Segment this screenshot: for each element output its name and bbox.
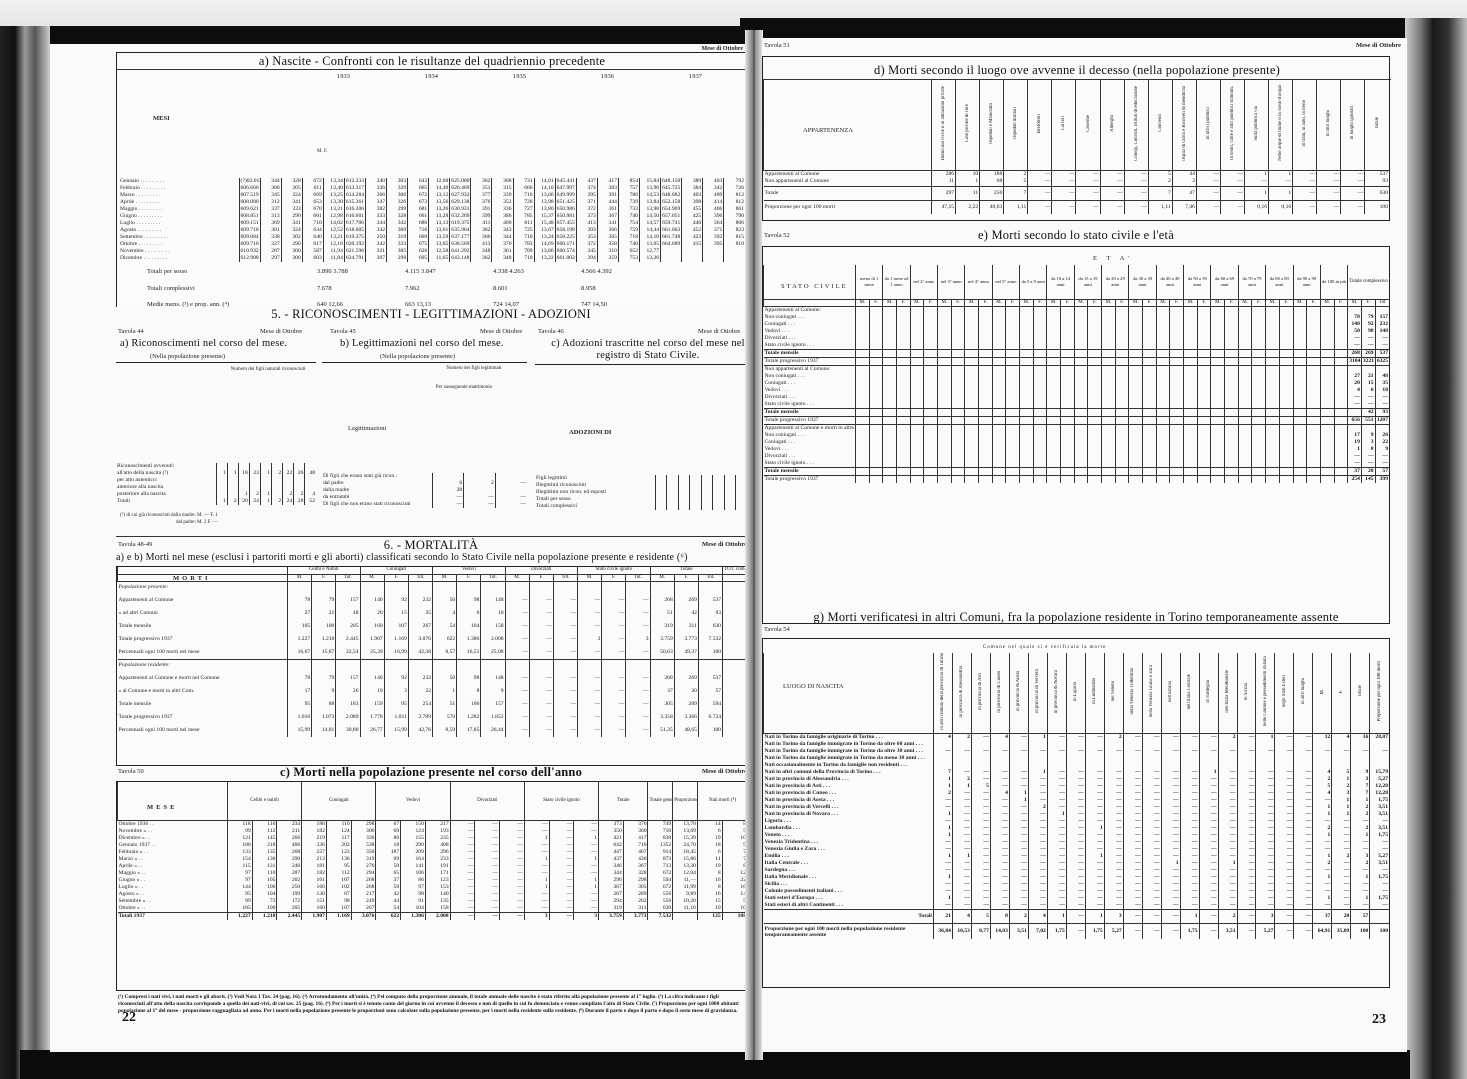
table-cell: 537 [698,672,722,685]
table-cell [1061,432,1075,439]
table-cell [1156,453,1170,460]
table-cell: 183 [336,698,360,711]
table-cell: 358 [597,241,618,248]
table-cell: — [505,724,529,737]
table-cell: — [1142,769,1161,776]
table-cell [1006,424,1020,432]
table-cell: — [602,685,626,698]
table-cell [1143,306,1157,314]
table-cell: 268 [650,594,674,607]
table-cell [1006,460,1020,468]
binder-edge-top-right [740,18,1430,40]
table-row: Percentuali ogni 100 morti nel mese16,67… [118,646,748,659]
table-cell [938,321,952,328]
row-label: Emilia . . . [764,853,934,860]
table-cell: — [1009,776,1028,783]
table-cell [1334,335,1348,342]
table-cell: 749 [648,820,673,828]
table-cell [924,439,938,446]
table-cell: — [1294,776,1313,783]
table-cell: 2,22 [956,200,980,214]
table-cell: — [1294,839,1313,846]
table-cell: — [1256,811,1275,818]
table-cell: 13,98 [639,206,660,213]
right-page: Tavola 51 Mese di Ottobre d) Morti secon… [762,38,1407,1052]
table-cell: — [1124,186,1148,200]
table-cell [723,659,747,672]
table-cell: 726 [724,185,745,192]
table-cell: 5,27 [1104,923,1123,939]
table-cell: — [1104,832,1123,839]
table-cell: — [1066,797,1085,804]
table-cell [1225,328,1239,335]
mesi-header: MESI [153,115,170,122]
table-cell [1266,349,1280,357]
table-cell: — [574,863,599,870]
table-cell: — [1332,839,1351,846]
table-row: Non coniugati . . .7879157 [764,314,1390,321]
column-header: Ospizi di carità e Ricoveri di mendicità [1172,80,1196,170]
table-cell: 300 [281,255,302,262]
table-cell: 78 [1348,314,1362,321]
sub-header: M. [856,299,870,306]
table-cell [1279,424,1293,432]
table-cell [1238,328,1252,335]
table-cell [924,401,938,409]
table-cell [897,349,911,357]
table-cell: 115 [228,863,253,870]
table-cell: — [1104,797,1123,804]
table-cell [1102,342,1116,350]
table-cell [1088,416,1102,424]
table-cell: — [1294,797,1313,804]
table-cell: 3,51 [1370,825,1389,832]
group-header: Coniugati [360,567,433,574]
table-cell: — [1028,860,1047,867]
table-cell [1293,349,1307,357]
table-cell: — [549,891,574,898]
table-cell: — [1161,769,1180,776]
table-cell [1156,365,1170,373]
table-cell: — [1123,825,1142,832]
table-cell [992,446,1006,453]
table-cell: — [1028,839,1047,846]
table-cell: 98 [401,891,426,898]
table-cell: — [1256,818,1275,825]
table-cell: 1 [574,877,599,884]
table-cell: 626 [408,248,429,255]
binder-edge-right [1405,18,1467,1079]
table-cell: — [1375,394,1389,401]
table-cell [1020,394,1034,401]
table-cell: 14,40 [429,185,450,192]
table-cell [1006,401,1020,409]
table-cell [992,387,1006,394]
table-cell: — [1256,867,1275,874]
table-cell: 2 [952,776,971,783]
table-cell [1006,387,1020,394]
table-cell: — [1313,881,1332,888]
table-cell [1074,314,1088,321]
table-cell: 665 [408,185,429,192]
table-cell [1006,453,1020,460]
table-cell: — [1351,867,1370,874]
table-cell: 6325 [1375,357,1389,365]
table-cell [1332,755,1351,762]
table-cell: — [1218,888,1237,895]
table-cell: — [500,849,525,856]
table-cell: — [1294,902,1313,910]
table-cell [1238,475,1252,483]
row-label: Vedovi . . . [764,387,856,394]
tav54-colgroup: Comune nel quale si è verificata la mort… [983,645,1106,650]
table-cell: 7.532 [698,633,722,646]
table-cell [1033,335,1047,342]
table-cell: 1 [934,895,953,902]
table-cell: — [1104,790,1123,797]
table-row: Totale progressivo 19371.0161.0732.0891.… [118,711,748,724]
table-cell: 610.932 [239,248,260,255]
column-header: Case private di cure [956,80,980,170]
table-cell [1115,401,1129,409]
table-cell: — [1237,874,1256,881]
table-cell: — [1218,790,1237,797]
table-cell: 3 [1361,439,1375,446]
table-cell [1088,394,1102,401]
table-cell: 336 [365,185,386,192]
table-row: Appartenenti al Comune e morti in altro … [764,424,1390,432]
table-cell: — [971,790,990,797]
table-cell [1074,380,1088,387]
table-cell: 374 [576,185,597,192]
header-row: Celibi e NubiliConiugatiVedoviDivorziati… [118,567,748,574]
table-cell: — [1028,818,1047,825]
table-cell [992,394,1006,401]
month-label: Settembre . . . . . . . . . [119,234,239,241]
table-cell: — [1104,804,1123,811]
table-cell: 13,67 [534,227,555,234]
column-header-text: in Lombardia [1092,678,1097,704]
column-header: In uffici pubblici [1196,80,1220,170]
table-cell: 1 [934,783,953,790]
table-cell: — [1047,783,1066,790]
table-cell [924,335,938,342]
table-cell [723,711,747,724]
table-cell [1143,387,1157,394]
proportion-row: Proporzione per ogni 100 morti nella pop… [764,923,1390,939]
table-row: Appartenenti al Comune286101882—————544—… [764,170,1390,178]
table-cell: — [1142,874,1161,881]
table-cell: 7.532 [648,912,673,920]
table-cell: 227 [302,849,327,856]
table-cell [1143,335,1157,342]
sub-header: F. [1361,299,1375,306]
table-cell [1115,416,1129,424]
table-cell [1156,416,1170,424]
table-cell [1028,762,1047,769]
tav45-month: Mese di Ottobre [480,328,522,335]
table-cell: 640 [302,234,323,241]
table-cell [1123,755,1142,762]
table-cell: — [1076,186,1100,200]
table-cell: 1207 [1375,416,1389,424]
table-cell [1225,342,1239,350]
table-cell [883,365,897,373]
table-cell: — [500,905,525,913]
table-cell [1115,314,1129,321]
table-cell: 399 [1375,475,1389,483]
table-cell [655,482,667,489]
table-cell: — [450,877,475,884]
table-cell [965,306,979,314]
column-header-text: nella Venezia Tridentina [1130,668,1135,715]
table-row: Non coniugati . . .17926 [764,432,1390,439]
table-cell: 630.931 [450,206,471,213]
table-cell: — [549,884,574,891]
table-cell [1252,380,1266,387]
column-header: Alberghi [1100,80,1124,170]
table-cell: — [1142,825,1161,832]
table-cell [1047,446,1061,453]
table-cell: 118 [228,820,253,828]
table-cell [1129,357,1143,365]
table-cell [1225,387,1239,394]
table-row: Marzo » . .15413629021313631969164233———… [118,856,748,863]
totals-row: Totali 19371.2271.2182.4451.9071.1693.07… [118,912,748,920]
table-cell: — [1351,846,1370,853]
table-cell: — [1256,832,1275,839]
row-label: Liguria . . . [764,818,934,825]
table-cell: 447 [599,849,624,856]
table-cell [1307,439,1321,446]
table-row: Aprile . . . . . . . . .608.080312341653… [119,199,745,206]
table-cell [1293,467,1307,475]
table-cell: 305 [281,185,302,192]
table-cell: 12,28 [1370,790,1389,797]
table-cell: — [1009,860,1028,867]
table-cell [1074,365,1088,373]
table-cell [1238,460,1252,468]
table-cell: 106 [252,884,277,891]
table-cell [701,503,713,510]
table-cell: 51,35 [650,724,674,737]
table-cell: 7,02 [1028,923,1047,939]
table-cell [869,453,883,460]
table-cell [1320,335,1334,342]
table-cell: — [971,860,990,867]
table-cell: 664.689 [661,241,682,248]
table-cell: 1 [1218,860,1237,867]
table-cell: — [1009,839,1028,846]
table-cell [1006,314,1020,321]
table-cell [856,467,870,475]
table-cell [924,365,938,373]
table-cell [1006,306,1020,314]
group-header: Totale generale [648,782,673,820]
table-cell: — [1237,839,1256,846]
column-header: Conventi [1148,80,1172,170]
table-cell: 14,50 [639,213,660,220]
table-cell [856,394,870,401]
table-cell [910,439,924,446]
table-cell: 2 [1332,783,1351,790]
table-cell: — [1180,748,1199,755]
table-cell: 4 [934,733,953,741]
table-cell: 67 [376,820,401,828]
table-cell [1123,762,1142,769]
table-cell: — [578,711,602,724]
table-cell: 9 [1361,432,1375,439]
column-header: negli Stati Esteri [1275,653,1294,733]
table-cell: 267 [599,891,624,898]
table-cell: — [1275,748,1294,755]
table-cell: 10 [697,905,722,913]
sub-header: F. [1061,299,1075,306]
table-cell [1047,741,1066,748]
tav46-row-header: ADOZIONI DI [569,429,611,436]
table-cell [1266,416,1280,424]
table-cell: — [1293,178,1317,186]
table-cell [1061,306,1075,314]
table-cell [897,314,911,321]
table-cell: 537 [1365,170,1389,178]
table-cell [1334,439,1348,446]
table-cell: — [1009,902,1028,910]
table-cell [1129,373,1143,380]
table-cell [1293,342,1307,350]
table-cell: 626.469 [450,185,471,192]
table-cell [1320,306,1334,314]
table-cell [1061,475,1075,483]
table-cell: — [553,698,577,711]
table-cell: — [1294,867,1313,874]
table-cell [1334,424,1348,432]
row-label: Stato civile ignoto . . . [764,460,856,468]
table-cell: — [1161,748,1180,755]
table-cell: 13,21 [323,234,344,241]
table-cell [965,408,979,416]
table-cell: 50 [376,863,401,870]
table-cell: — [952,748,971,755]
totals-row: Totali21458241—13———1—2—3——372057 [764,909,1390,923]
table-cell: — [626,594,650,607]
table-cell [1184,365,1198,373]
table-cell [1102,328,1116,335]
table-cell [1252,365,1266,373]
table-cell [910,416,924,424]
table-cell [655,489,667,496]
column-header-text: in Sardegna [1206,680,1211,703]
table-cell [1006,380,1020,387]
table-cell: 268 [277,849,302,856]
table-cell [1047,357,1061,365]
tav45-data: Di figli che erano stati già ricon.:dal … [322,473,527,508]
table-cell: — [1237,867,1256,874]
row-label: Illegittimi riconosciuti [535,482,655,489]
table-row: Colonie possedimenti italiani . . .—————… [764,888,1390,895]
table-cell: 373 [599,820,624,828]
table-cell: — [1275,923,1294,939]
table-cell [1237,762,1256,769]
table-cell [1252,321,1266,328]
table-cell [1197,467,1211,475]
table-cell [1033,408,1047,416]
table-cell: 13,56 [429,199,450,206]
table-cell: — [1256,776,1275,783]
table-cell: 731 [513,178,534,185]
table-cell: 392 [703,234,724,241]
table-cell [1252,475,1266,483]
table-row: Divorziati . . .——— [764,453,1390,460]
table-cell: — [1237,825,1256,832]
table-cell [1161,762,1180,769]
table-cell: 7 [722,849,747,856]
table-cell [1294,755,1313,762]
table-cell: — [1294,888,1313,895]
table-cell [1006,328,1020,335]
table-cell: 8,77 [971,923,990,939]
table-cell: — [1028,881,1047,888]
table-cell: 15,79 [1370,769,1389,776]
table-cell [951,416,965,424]
table-cell [869,401,883,409]
row-label: Proporzione per ogni 100 morti [764,200,932,214]
sub-header: Tot. [408,574,432,581]
table-cell [856,349,870,357]
table-cell [1293,380,1307,387]
table-cell: — [475,870,500,877]
table-cell: 297 [260,255,281,262]
table-cell: — [1275,839,1294,846]
table-cell [1115,306,1129,314]
table-cell [951,342,965,350]
table-cell: 92 [384,672,408,685]
table-cell [951,460,965,468]
table-cell [1102,365,1116,373]
table-cell [1129,328,1143,335]
table-cell: — [1066,846,1085,853]
table-cell [897,424,911,432]
table-cell [965,328,979,335]
table-cell: 371 [576,199,597,206]
table-cell [965,380,979,387]
table-cell: 618.605 [344,227,365,234]
table-cell [1252,401,1266,409]
table-cell [883,306,897,314]
table-cell [1256,741,1275,748]
table-cell [1115,373,1129,380]
table-cell: — [1180,818,1199,825]
table-cell: — [990,748,1009,755]
table-cell [965,432,979,439]
table-cell [1033,357,1047,365]
table-cell: — [1370,818,1389,825]
table-cell: 415 [682,241,703,248]
table-cell: 13,12 [429,192,450,199]
table-cell [1061,342,1075,350]
table-cell: — [1161,790,1180,797]
table-cell [1033,380,1047,387]
table-cell: 98 [1361,328,1375,335]
table-cell: 12,60 [429,178,450,185]
table-cell: 37 [650,685,674,698]
table-cell [1307,394,1321,401]
table-cell [1225,335,1239,342]
table-cell: 26 [336,685,360,698]
table-cell: 1,11 [1004,200,1028,214]
table-row: Popolazione presente: [118,581,748,594]
table-cell: — [475,877,500,884]
